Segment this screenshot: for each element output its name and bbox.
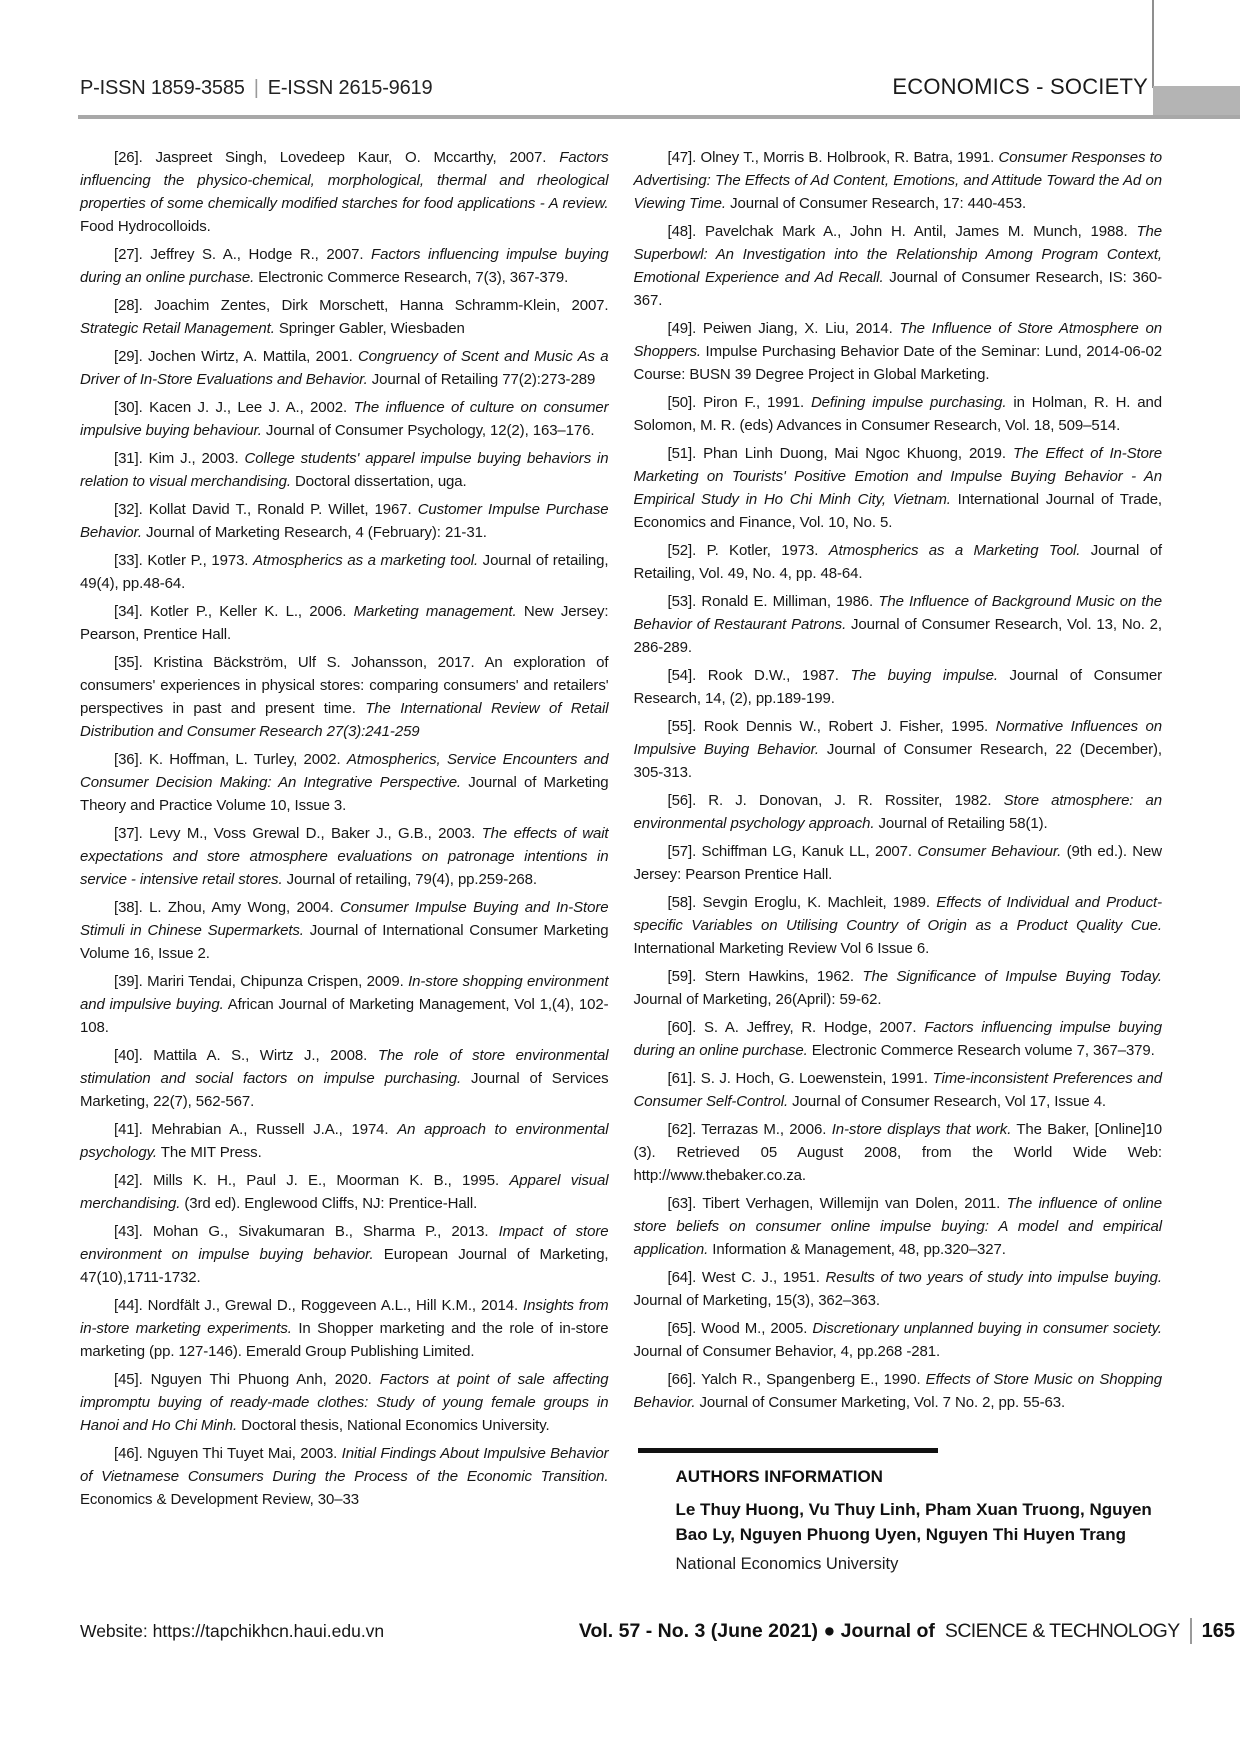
reference-text: [50]. Piron F., 1991. — [668, 394, 811, 411]
page-number: 165 — [1202, 1620, 1235, 1643]
reference-item: [27]. Jeffrey S. A., Hodge R., 2007. Fac… — [80, 243, 609, 289]
reference-item: [64]. West C. J., 1951. Results of two y… — [634, 1266, 1163, 1312]
reference-text: [47]. Olney T., Morris B. Holbrook, R. B… — [668, 149, 999, 166]
reference-text: Doctoral dissertation, uga. — [291, 473, 467, 490]
reference-item: [31]. Kim J., 2003. College students' ap… — [80, 447, 609, 493]
page-number-divider — [1190, 1618, 1192, 1644]
reference-text: [54]. Rook D.W., 1987. — [668, 667, 851, 684]
references-column-right: [47]. Olney T., Morris B. Holbrook, R. B… — [634, 146, 1163, 1574]
reference-item: [29]. Jochen Wirtz, A. Mattila, 2001. Co… — [80, 345, 609, 391]
reference-text: [62]. Terrazas M., 2006. — [668, 1121, 832, 1138]
reference-text: [43]. Mohan G., Sivakumaran B., Sharma P… — [114, 1223, 499, 1240]
header-rule — [78, 115, 1240, 119]
reference-text: International Marketing Review Vol 6 Iss… — [634, 940, 930, 957]
issn-separator: | — [245, 77, 268, 99]
authors-inner: AUTHORS INFORMATION Le Thuy Huong, Vu Th… — [634, 1453, 1163, 1574]
reference-item: [57]. Schiffman LG, Kanuk LL, 2007. Cons… — [634, 840, 1163, 886]
reference-text: [49]. Peiwen Jiang, X. Liu, 2014. — [668, 320, 900, 337]
reference-text: [34]. Kotler P., Keller K. L., 2006. — [114, 603, 354, 620]
journal-name: SCIENCE & TECHNOLOGY — [945, 1620, 1180, 1643]
reference-title: Atmospherics as a marketing tool. — [253, 552, 478, 569]
reference-text: [61]. S. J. Hoch, G. Loewenstein, 1991. — [668, 1070, 933, 1087]
reference-text: Journal of Retailing 58(1). — [874, 815, 1047, 832]
reference-item: [59]. Stern Hawkins, 1962. The Significa… — [634, 965, 1163, 1011]
reference-item: [45]. Nguyen Thi Phuong Anh, 2020. Facto… — [80, 1368, 609, 1437]
authors-names: Le Thuy Huong, Vu Thuy Linh, Pham Xuan T… — [676, 1497, 1163, 1547]
reference-item: [32]. Kollat David T., Ronald P. Willet,… — [80, 498, 609, 544]
reference-text: [27]. Jeffrey S. A., Hodge R., 2007. — [114, 246, 371, 263]
reference-item: [58]. Sevgin Eroglu, K. Machleit, 1989. … — [634, 891, 1163, 960]
reference-text: [28]. Joachim Zentes, Dirk Morschett, Ha… — [114, 297, 609, 314]
reference-text: Information & Management, 48, pp.320–327… — [708, 1241, 1006, 1258]
reference-text: Electronic Commerce Research volume 7, 3… — [808, 1042, 1155, 1059]
reference-item: [60]. S. A. Jeffrey, R. Hodge, 2007. Fac… — [634, 1016, 1163, 1062]
reference-item: [55]. Rook Dennis W., Robert J. Fisher, … — [634, 715, 1163, 784]
reference-text: Springer Gabler, Wiesbaden — [275, 320, 465, 337]
authors-affiliation: National Economics University — [676, 1555, 1163, 1574]
reference-item: [51]. Phan Linh Duong, Mai Ngoc Khuong, … — [634, 442, 1163, 534]
reference-text: Doctoral thesis, National Economics Univ… — [237, 1417, 550, 1434]
reference-item: [33]. Kotler P., 1973. Atmospherics as a… — [80, 549, 609, 595]
website-text: Website: https://tapchikhcn.haui.edu.vn — [80, 1621, 384, 1642]
reference-text: Impulse Purchasing Behavior Date of the … — [634, 343, 1163, 383]
reference-text: [56]. R. J. Donovan, J. R. Rossiter, 198… — [668, 792, 1004, 809]
reference-text: [58]. Sevgin Eroglu, K. Machleit, 1989. — [668, 894, 937, 911]
references-section: [26]. Jaspreet Singh, Lovedeep Kaur, O. … — [80, 146, 1162, 1574]
reference-text: [48]. Pavelchak Mark A., John H. Antil, … — [668, 223, 1137, 240]
references-column-left: [26]. Jaspreet Singh, Lovedeep Kaur, O. … — [80, 146, 609, 1574]
reference-text: [30]. Kacen J. J., Lee J. A., 2002. — [114, 399, 354, 416]
reference-text: (3rd ed). Englewood Cliffs, NJ: Prentice… — [180, 1195, 477, 1212]
reference-item: [41]. Mehrabian A., Russell J.A., 1974. … — [80, 1118, 609, 1164]
reference-text: [41]. Mehrabian A., Russell J.A., 1974. — [114, 1121, 397, 1138]
reference-item: [54]. Rook D.W., 1987. The buying impuls… — [634, 664, 1163, 710]
reference-text: [39]. Mariri Tendai, Chipunza Crispen, 2… — [114, 973, 408, 990]
reference-text: Journal of Marketing, 26(April): 59-62. — [634, 991, 882, 1008]
reference-text: [63]. Tibert Verhagen, Willemijn van Dol… — [668, 1195, 1007, 1212]
reference-text: [32]. Kollat David T., Ronald P. Willet,… — [114, 501, 418, 518]
reference-item: [46]. Nguyen Thi Tuyet Mai, 2003. Initia… — [80, 1442, 609, 1511]
reference-title: The buying impulse. — [850, 667, 997, 684]
reference-text: [59]. Stern Hawkins, 1962. — [668, 968, 863, 985]
reference-item: [30]. Kacen J. J., Lee J. A., 2002. The … — [80, 396, 609, 442]
reference-item: [52]. P. Kotler, 1973. Atmospherics as a… — [634, 539, 1163, 585]
reference-text: [66]. Yalch R., Spangenberg E., 1990. — [668, 1371, 926, 1388]
reference-title: Defining impulse purchasing. — [811, 394, 1007, 411]
reference-text: [31]. Kim J., 2003. — [114, 450, 245, 467]
reference-item: [34]. Kotler P., Keller K. L., 2006. Mar… — [80, 600, 609, 646]
reference-text: [29]. Jochen Wirtz, A. Mattila, 2001. — [114, 348, 358, 365]
reference-text: [65]. Wood M., 2005. — [668, 1320, 813, 1337]
reference-item: [39]. Mariri Tendai, Chipunza Crispen, 2… — [80, 970, 609, 1039]
reference-item: [38]. L. Zhou, Amy Wong, 2004. Consumer … — [80, 896, 609, 965]
reference-text: [53]. Ronald E. Milliman, 1986. — [668, 593, 879, 610]
reference-text: Electronic Commerce Research, 7(3), 367-… — [254, 269, 568, 286]
reference-title: In-store displays that work. — [832, 1121, 1012, 1138]
reference-item: [37]. Levy M., Voss Grewal D., Baker J.,… — [80, 822, 609, 891]
references-list-left: [26]. Jaspreet Singh, Lovedeep Kaur, O. … — [80, 146, 609, 1511]
reference-item: [63]. Tibert Verhagen, Willemijn van Dol… — [634, 1192, 1163, 1261]
reference-text: Economics & Development Review, 30–33 — [80, 1491, 359, 1508]
reference-item: [40]. Mattila A. S., Wirtz J., 2008. The… — [80, 1044, 609, 1113]
reference-text: [44]. Nordfält J., Grewal D., Roggeveen … — [114, 1297, 523, 1314]
reference-text: [60]. S. A. Jeffrey, R. Hodge, 2007. — [668, 1019, 925, 1036]
volume-info: Vol. 57 - No. 3 (June 2021) ● Journal of — [579, 1620, 935, 1643]
reference-text: Journal of retailing, 79(4), pp.259-268. — [283, 871, 537, 888]
reference-item: [66]. Yalch R., Spangenberg E., 1990. Ef… — [634, 1368, 1163, 1414]
reference-title: Marketing management. — [354, 603, 517, 620]
reference-item: [62]. Terrazas M., 2006. In-store displa… — [634, 1118, 1163, 1187]
reference-item: [26]. Jaspreet Singh, Lovedeep Kaur, O. … — [80, 146, 609, 238]
reference-text: Journal of Marketing Research, 4 (Februa… — [142, 524, 487, 541]
reference-title: Atmospherics as a Marketing Tool. — [829, 542, 1081, 559]
reference-item: [53]. Ronald E. Milliman, 1986. The Infl… — [634, 590, 1163, 659]
reference-text: Journal of Consumer Research, 17: 440-45… — [726, 195, 1026, 212]
footer-right-group: Vol. 57 - No. 3 (June 2021) ● Journal of… — [579, 1618, 1235, 1644]
reference-text: [52]. P. Kotler, 1973. — [668, 542, 829, 559]
reference-item: [50]. Piron F., 1991. Defining impulse p… — [634, 391, 1163, 437]
reference-text: Journal of Consumer Psychology, 12(2), 1… — [262, 422, 595, 439]
reference-item: [43]. Mohan G., Sivakumaran B., Sharma P… — [80, 1220, 609, 1289]
reference-text: [64]. West C. J., 1951. — [668, 1269, 826, 1286]
journal-page: P-ISSN 1859-3585|E-ISSN 2615-9619 ECONOM… — [0, 0, 1240, 1753]
reference-text: [55]. Rook Dennis W., Robert J. Fisher, … — [668, 718, 996, 735]
reference-text: The MIT Press. — [157, 1144, 262, 1161]
reference-text: [45]. Nguyen Thi Phuong Anh, 2020. — [114, 1371, 380, 1388]
page-footer: Website: https://tapchikhcn.haui.edu.vn … — [80, 1618, 1235, 1644]
reference-title: The Significance of Impulse Buying Today… — [862, 968, 1162, 985]
reference-title: Strategic Retail Management. — [80, 320, 275, 337]
reference-item: [36]. K. Hoffman, L. Turley, 2002. Atmos… — [80, 748, 609, 817]
reference-text: Journal of Marketing, 15(3), 362–363. — [634, 1292, 880, 1309]
e-issn-text: E-ISSN 2615-9619 — [268, 77, 433, 99]
section-title: ECONOMICS - SOCIETY — [892, 74, 1148, 100]
reference-text: [46]. Nguyen Thi Tuyet Mai, 2003. — [114, 1445, 342, 1462]
reference-item: [48]. Pavelchak Mark A., John H. Antil, … — [634, 220, 1163, 312]
reference-item: [35]. Kristina Bäckström, Ulf S. Johanss… — [80, 651, 609, 743]
reference-text: Journal of Consumer Research, Vol 17, Is… — [788, 1093, 1106, 1110]
reference-text: Journal of Consumer Behavior, 4, pp.268 … — [634, 1343, 941, 1360]
reference-text: [57]. Schiffman LG, Kanuk LL, 2007. — [668, 843, 918, 860]
reference-item: [49]. Peiwen Jiang, X. Liu, 2014. The In… — [634, 317, 1163, 386]
references-list-right: [47]. Olney T., Morris B. Holbrook, R. B… — [634, 146, 1163, 1414]
authors-information: AUTHORS INFORMATION Le Thuy Huong, Vu Th… — [634, 1448, 1163, 1574]
reference-text: [37]. Levy M., Voss Grewal D., Baker J.,… — [114, 825, 482, 842]
reference-text: [40]. Mattila A. S., Wirtz J., 2008. — [114, 1047, 378, 1064]
reference-text: [51]. Phan Linh Duong, Mai Ngoc Khuong, … — [668, 445, 1013, 462]
authors-heading: AUTHORS INFORMATION — [676, 1467, 1163, 1487]
reference-text: [33]. Kotler P., 1973. — [114, 552, 253, 569]
reference-title: Results of two years of study into impul… — [826, 1269, 1162, 1286]
reference-text: [38]. L. Zhou, Amy Wong, 2004. — [114, 899, 340, 916]
reference-text: [36]. K. Hoffman, L. Turley, 2002. — [114, 751, 347, 768]
reference-item: [44]. Nordfält J., Grewal D., Roggeveen … — [80, 1294, 609, 1363]
reference-title: Discretionary unplanned buying in consum… — [812, 1320, 1162, 1337]
reference-item: [56]. R. J. Donovan, J. R. Rossiter, 198… — [634, 789, 1163, 835]
reference-text: Journal of Consumer Marketing, Vol. 7 No… — [695, 1394, 1065, 1411]
reference-title: Consumer Behaviour. — [917, 843, 1061, 860]
reference-item: [47]. Olney T., Morris B. Holbrook, R. B… — [634, 146, 1163, 215]
header-vertical-line — [1152, 0, 1154, 88]
reference-text: [26]. Jaspreet Singh, Lovedeep Kaur, O. … — [114, 149, 559, 166]
reference-item: [65]. Wood M., 2005. Discretionary unpla… — [634, 1317, 1163, 1363]
issn-block: P-ISSN 1859-3585|E-ISSN 2615-9619 — [80, 77, 432, 100]
page-header: P-ISSN 1859-3585|E-ISSN 2615-9619 ECONOM… — [80, 74, 1148, 100]
reference-text: Food Hydrocolloids. — [80, 218, 211, 235]
reference-item: [28]. Joachim Zentes, Dirk Morschett, Ha… — [80, 294, 609, 340]
reference-text: [42]. Mills K. H., Paul J. E., Moorman K… — [114, 1172, 509, 1189]
reference-item: [61]. S. J. Hoch, G. Loewenstein, 1991. … — [634, 1067, 1163, 1113]
reference-text: Journal of Retailing 77(2):273-289 — [368, 371, 595, 388]
p-issn-text: P-ISSN 1859-3585 — [80, 77, 245, 99]
reference-item: [42]. Mills K. H., Paul J. E., Moorman K… — [80, 1169, 609, 1215]
